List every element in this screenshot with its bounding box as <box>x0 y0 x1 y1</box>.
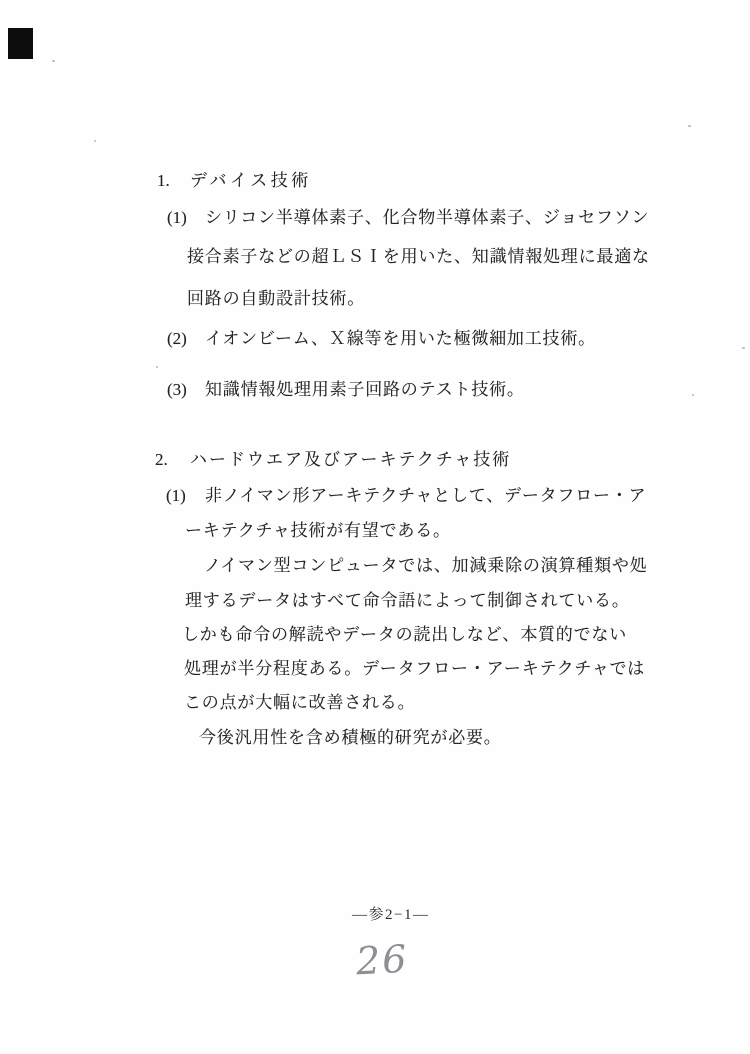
item-1-1-text-3: 回路の自動設計技術。 <box>187 289 365 308</box>
item-1-1-line-2: 接合素子などの超ＬＳＩを用いた、知識情報処理に最適な <box>187 242 650 267</box>
handwritten-page-number: 26 <box>355 937 410 984</box>
closing-note-text: 今後汎用性を含め積極的研究が必要。 <box>199 728 502 747</box>
page-number-label: —参2−1— <box>352 903 429 924</box>
scan-speckle <box>742 347 745 349</box>
section-2-title: ハードウエア及びアーキテクチャ技術 <box>190 450 511 469</box>
item-1-2-text: イオンビーム、Ｘ線等を用いた極微細加工技術。 <box>205 329 596 348</box>
paragraph-line-2: 理するデータはすべて命令語によって制御されている。 <box>185 586 630 611</box>
item-1-3-line-1: (3)知識情報処理用素子回路のテスト技術。 <box>167 375 525 400</box>
scan-speckle <box>156 366 158 368</box>
paragraph-line-5: この点が大幅に改善される。 <box>184 688 415 713</box>
scan-speckle <box>692 394 694 396</box>
item-1-2-number: (2) <box>167 329 205 349</box>
item-1-1-line-1: (1)シリコン半導体素子、化合物半導体素子、ジョセフソン <box>167 203 649 228</box>
paragraph-text-1: ノイマン型コンピュータでは、加減乗除の演算種類や処 <box>204 556 647 575</box>
scan-speckle <box>688 125 691 127</box>
item-1-1-number: (1) <box>167 208 205 228</box>
closing-note-line: 今後汎用性を含め積極的研究が必要。 <box>199 723 502 748</box>
paragraph-line-1: ノイマン型コンピュータでは、加減乗除の演算種類や処 <box>204 551 647 576</box>
section-1-title: デバイス技術 <box>190 171 312 190</box>
item-2-1-text-1: 非ノイマン形アーキテクチャとして、データフロー・ア <box>205 486 646 505</box>
paragraph-text-2: 理するデータはすべて命令語によって制御されている。 <box>185 591 630 610</box>
item-1-3-text: 知識情報処理用素子回路のテスト技術。 <box>205 380 525 399</box>
paragraph-line-4: 処理が半分程度ある。データフロー・アーキテクチャでは <box>184 654 645 679</box>
section-2-number: 2. <box>155 450 190 470</box>
item-1-1-text-1: シリコン半導体素子、化合物半導体素子、ジョセフソン <box>205 208 649 227</box>
scan-corner-mark <box>8 28 33 59</box>
section-2-heading: 2.ハードウエア及びアーキテクチャ技術 <box>155 445 511 470</box>
scanned-document-page: 1.デバイス技術 (1)シリコン半導体素子、化合物半導体素子、ジョセフソン 接合… <box>0 0 750 1054</box>
paragraph-text-3: しかも命令の解読やデータの読出しなど、本質的でない <box>182 625 627 644</box>
paragraph-line-3: しかも命令の解読やデータの読出しなど、本質的でない <box>182 620 627 645</box>
item-2-1-text-2: ーキテクチャ技術が有望である。 <box>185 521 451 540</box>
item-1-3-number: (3) <box>167 380 205 400</box>
item-2-1-line-1: (1)非ノイマン形アーキテクチャとして、データフロー・ア <box>166 481 646 506</box>
paragraph-text-5: この点が大幅に改善される。 <box>184 693 415 712</box>
item-2-1-number: (1) <box>166 486 205 506</box>
item-1-1-line-3: 回路の自動設計技術。 <box>187 284 365 309</box>
item-2-1-line-2: ーキテクチャ技術が有望である。 <box>185 516 451 541</box>
item-1-2-line-1: (2)イオンビーム、Ｘ線等を用いた極微細加工技術。 <box>167 324 596 349</box>
scan-speckle <box>94 140 96 142</box>
item-1-1-text-2: 接合素子などの超ＬＳＩを用いた、知識情報処理に最適な <box>187 247 650 266</box>
paragraph-text-4: 処理が半分程度ある。データフロー・アーキテクチャでは <box>184 659 645 678</box>
section-1-heading: 1.デバイス技術 <box>157 166 312 191</box>
scan-speckle <box>52 60 55 62</box>
section-1-number: 1. <box>157 171 190 191</box>
